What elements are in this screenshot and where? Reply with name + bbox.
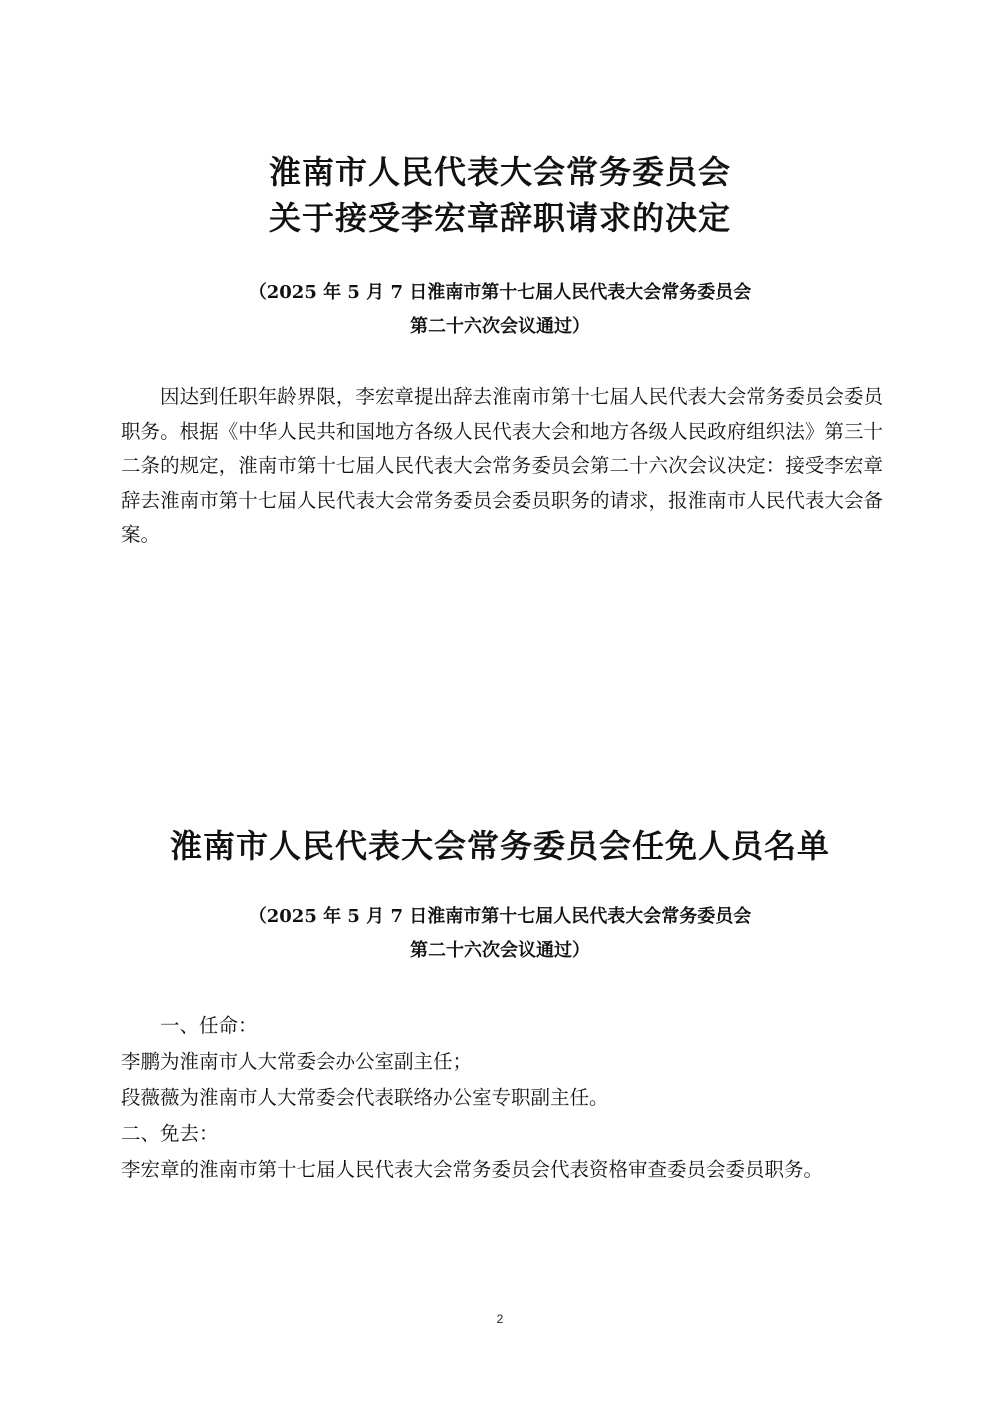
decision-body: 因达到任职年龄界限，李宏章提出辞去淮南市第十七届人民代表大会常务委员会委员职务。…: [121, 380, 883, 553]
page-number: 2: [0, 1312, 1000, 1326]
list-item: 李宏章的淮南市第十七届人民代表大会常务委员会代表资格审查委员会委员职务。: [121, 1155, 901, 1185]
appointments-subtitle-line1: （2025 年 5 月 7 日淮南市第十七届人民代表大会常务委员会: [0, 900, 1000, 933]
decision-title-line2: 关于接受李宏章辞职请求的决定: [0, 194, 1000, 242]
decision-title-line1: 淮南市人民代表大会常务委员会: [0, 148, 1000, 196]
list-item: 段薇薇为淮南市人大常委会代表联络办公室专职副主任。: [121, 1083, 901, 1113]
section-heading-remove: 二、免去：: [121, 1119, 901, 1149]
decision-subtitle-line2: 第二十六次会议通过）: [0, 310, 1000, 343]
list-item: 李鹏为淮南市人大常委会办公室副主任；: [121, 1047, 901, 1077]
decision-subtitle-line1: （2025 年 5 月 7 日淮南市第十七届人民代表大会常务委员会: [0, 276, 1000, 309]
section-heading-appoint: 一、任命：: [160, 1011, 940, 1041]
appointments-title: 淮南市人民代表大会常务委员会任免人员名单: [0, 822, 1000, 870]
appointments-subtitle-line2: 第二十六次会议通过）: [0, 934, 1000, 967]
document-page: 淮南市人民代表大会常务委员会 关于接受李宏章辞职请求的决定 （2025 年 5 …: [0, 0, 1000, 1415]
decision-paragraph: 因达到任职年龄界限，李宏章提出辞去淮南市第十七届人民代表大会常务委员会委员职务。…: [121, 380, 883, 553]
